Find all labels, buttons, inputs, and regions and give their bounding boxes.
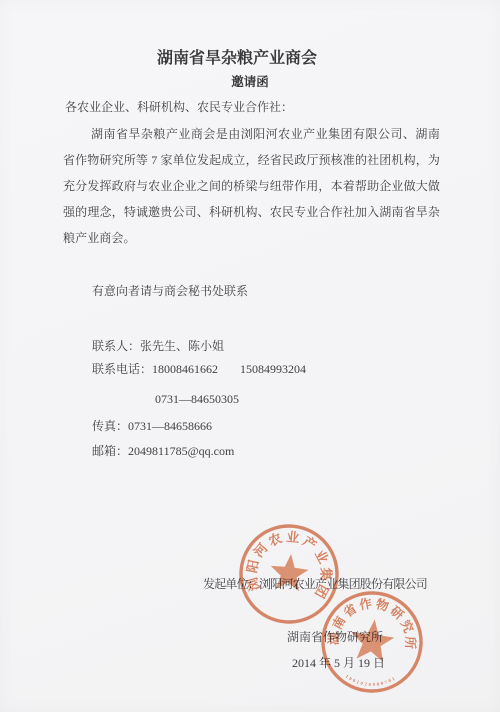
svg-text:浏: 浏 [244,576,262,593]
contact-phone-line-2: 0731—84650305 [155,392,239,406]
svg-text:湖: 湖 [326,631,342,645]
svg-text:农: 农 [266,530,284,549]
svg-text:1: 1 [391,676,396,682]
note-line: 有意向者请与商会秘书处联系 [92,284,248,298]
email-value: 2049811785@qq.com [128,444,234,458]
document-title: 湖南省旱杂粮产业商会 [0,45,474,68]
contact-person-line: 联系人：张先生、陈小姐 [92,339,224,353]
phone-number-2: 15084993204 [240,362,306,376]
svg-text:究: 究 [398,617,417,635]
email-label: 邮箱： [92,444,128,458]
email-line: 邮箱：2049811785@qq.com [92,444,234,458]
phone-number-3: 0731—84650305 [155,392,239,406]
svg-text:阳: 阳 [244,558,261,574]
fax-line: 传真：0731—84658666 [92,419,212,433]
svg-text:0: 0 [368,682,371,687]
svg-text:2: 2 [364,681,368,686]
scanned-invitation-letter: 湖南省旱杂粮产业商会 邀请函 各农业企业、科研机构、农民专业合作社： 湖南省旱杂… [0,0,500,712]
seal-star-icon [348,617,396,663]
body-paragraph: 湖南省旱杂粮产业商会是由浏阳河农业产业集团有限公司、湖南省作物研究所等 7 家单… [63,121,440,251]
contact-person-label: 联系人： [92,339,140,353]
svg-text:作: 作 [358,596,373,613]
phone-number-1: 18008461662 [152,362,218,376]
document-subtitle: 邀请函 [0,72,500,90]
contact-phone-line: 联系电话：1800846166215084993204 [92,362,306,376]
svg-text:业: 业 [286,529,301,545]
svg-text:9: 9 [373,682,376,687]
fax-value: 0731—84658666 [128,419,212,433]
fax-label: 传真： [92,419,128,433]
contact-phone-label: 联系电话： [92,362,152,376]
svg-text:业: 业 [312,547,331,566]
svg-text:所: 所 [403,636,418,649]
crop-research-institute-seal: 湖南省作物研究所 1001020980701 [297,567,447,712]
contact-person-value: 张先生、陈小姐 [140,339,224,353]
svg-text:物: 物 [374,596,391,614]
salutation-line: 各农业企业、科研机构、农民专业合作社： [65,100,293,114]
